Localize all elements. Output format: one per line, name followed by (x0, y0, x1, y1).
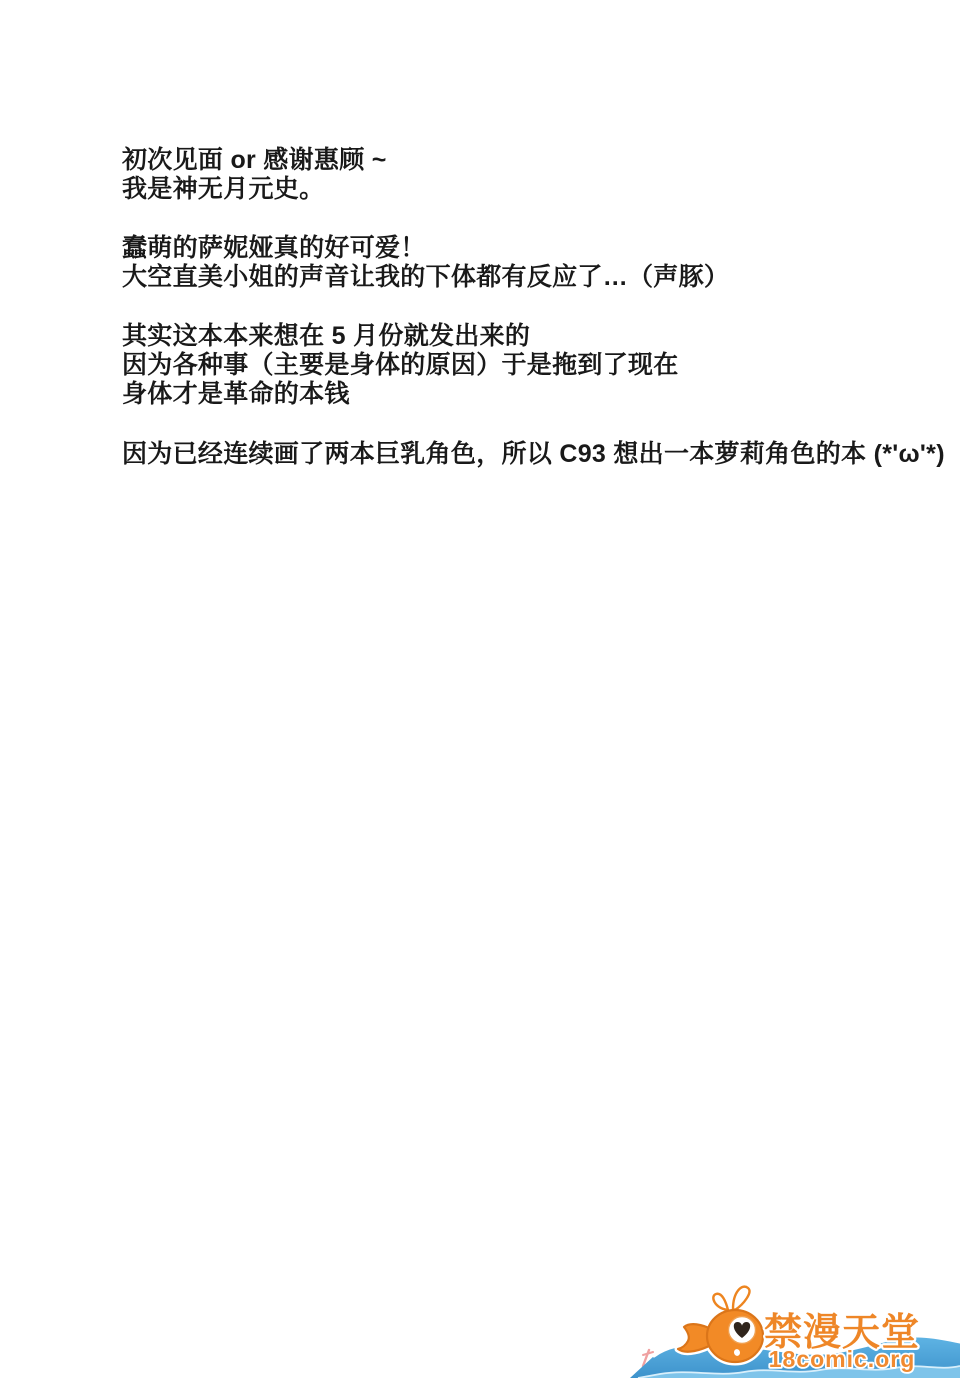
afterword-line: 其实这本本来想在 5 月份就发出来的 (122, 322, 679, 351)
afterword-line: 大空直美小姐的声音让我的下体都有反应了…（声豚） (122, 263, 729, 292)
afterword-line: 蠢萌的萨妮娅真的好可爱！ (122, 234, 729, 263)
afterword-line: 因为已经连续画了两本巨乳角色，所以 C93 想出一本萝莉角色的本 (*'ω'*) (122, 440, 945, 469)
watermark-site-url: 18comic.org (769, 1346, 916, 1372)
afterword-line: 身体才是革命的本钱 (122, 380, 679, 409)
afterword-line: 我是神无月元史。 (122, 175, 387, 204)
afterword-line: 因为各种事（主要是身体的原因）于是拖到了现在 (122, 351, 679, 380)
watermark-graphic: 禁漫天堂 18comic.org (620, 1278, 960, 1378)
afterword-block-character: 蠢萌的萨妮娅真的好可爱！ 大空直美小姐的声音让我的下体都有反应了…（声豚） (122, 234, 729, 292)
afterword-block-greeting: 初次见面 or 感谢惠顾 ~ 我是神无月元史。 (122, 146, 387, 204)
scanned-page: 初次见面 or 感谢惠顾 ~ 我是神无月元史。 蠢萌的萨妮娅真的好可爱！ 大空直… (0, 0, 960, 1378)
afterword-line: 初次见面 or 感谢惠顾 ~ (122, 146, 387, 175)
afterword-block-delay: 其实这本本来想在 5 月份就发出来的 因为各种事（主要是身体的原因）于是拖到了现… (122, 322, 679, 409)
whale-mascot-icon (678, 1287, 763, 1362)
afterword-block-c93: 因为已经连续画了两本巨乳角色，所以 C93 想出一本萝莉角色的本 (*'ω'*) (122, 440, 945, 469)
site-watermark: 禁漫天堂 18comic.org (620, 1278, 960, 1378)
